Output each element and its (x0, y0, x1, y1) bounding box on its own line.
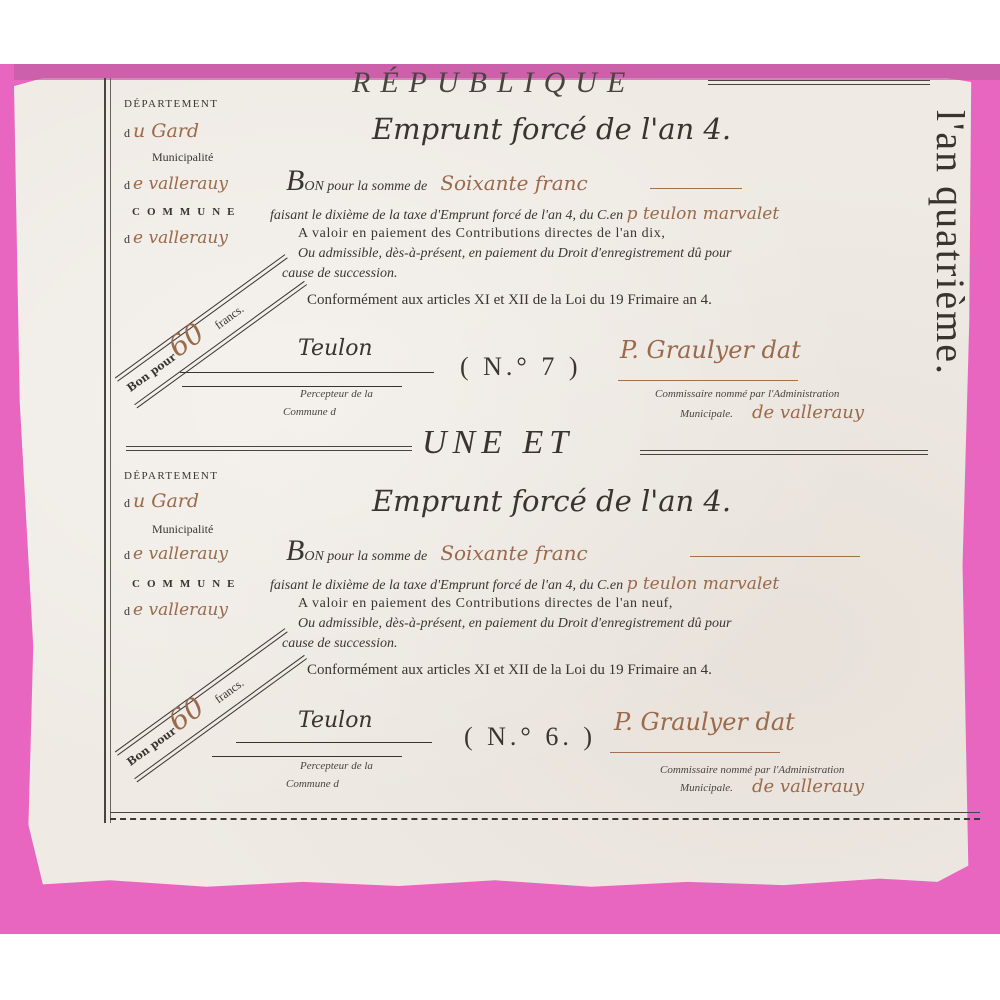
amount-underline (650, 188, 742, 189)
frame-border-bottom (110, 812, 980, 813)
commune-prefix: d (124, 232, 130, 246)
line-2: A valoir en paiement des Contributions d… (298, 596, 673, 612)
amount-written: Soixante franc (440, 541, 587, 565)
municipalite-value: e vallerauy (133, 174, 228, 194)
collector-signature: Teulon (298, 336, 373, 361)
commune-prefix: d (124, 604, 130, 618)
header-rule (708, 80, 930, 85)
municipalite-prefix: d (124, 548, 130, 562)
departement-label: DÉPARTEMENT (124, 470, 218, 482)
commissioner-place: de vallerauy (752, 402, 864, 423)
line-2: A valoir en paiement des Contributions d… (298, 226, 665, 242)
coupon-title: Emprunt forcé de l'an 4. (372, 484, 731, 518)
coupon-title: Emprunt forcé de l'an 4. (372, 112, 731, 146)
coupon-number: ( N.° 6. ) (464, 722, 596, 752)
separator-title: UNE ET (422, 424, 574, 462)
municipalite-prefix: d (124, 178, 130, 192)
collector-caption-2: Commune d (283, 406, 336, 418)
header-republique: RÉPUBLIQUE (352, 66, 635, 100)
bon-initial: B (286, 164, 304, 197)
departement-value: u Gard (133, 120, 199, 142)
collector-signature: Teulon (298, 708, 373, 733)
frame-border-left (104, 78, 111, 823)
bon-text: ON pour la somme de (304, 549, 427, 564)
commissioner-flourish (610, 752, 780, 753)
collector-signature-line (180, 372, 434, 373)
collector-signature-line (236, 742, 432, 743)
collector-caption-2: Commune d (286, 778, 339, 790)
bon-initial: B (286, 534, 304, 567)
citizen-name: p teulon marvalet (627, 204, 780, 224)
commune-value: e vallerauy (133, 228, 228, 248)
municipalite-value: e vallerauy (133, 544, 228, 564)
line-5: Conformément aux articles XI et XII de l… (307, 662, 712, 679)
amount-underline (690, 556, 860, 557)
municipalite-label: Municipalité (152, 522, 213, 537)
separator-rule-right (640, 450, 928, 455)
coupon-number: ( N.° 7 ) (460, 352, 582, 382)
commissioner-signature: P. Graulyer dat (620, 336, 801, 364)
stub-edge-text: l'an quatrième. (940, 110, 980, 750)
departement-prefix: d (124, 496, 130, 510)
commissioner-caption-2: Municipale. (680, 408, 733, 420)
line-3: Ou admissible, dès-à-présent, en paiemen… (298, 616, 731, 632)
commissioner-place: de vallerauy (752, 776, 864, 797)
commissioner-caption-1: Commissaire nommé par l'Administration (660, 764, 844, 776)
bon-text: ON pour la somme de (304, 179, 427, 194)
line-1: faisant le dixième de la taxe d'Emprunt … (270, 578, 623, 593)
commune-label: COMMUNE (132, 206, 242, 218)
separator-rule-left (126, 446, 412, 451)
collector-caption-1: Percepteur de la (300, 760, 373, 772)
commissioner-flourish (618, 380, 798, 381)
collector-signature-line-2 (182, 386, 402, 387)
departement-value: u Gard (133, 490, 199, 512)
stub-text: l'an quatrième. (927, 110, 974, 376)
commune-value: e vallerauy (133, 600, 228, 620)
collector-signature-line-2 (212, 756, 402, 757)
commune-label: COMMUNE (132, 578, 242, 590)
municipalite-label: Municipalité (152, 150, 213, 165)
commissioner-caption-1: Commissaire nommé par l'Administration (655, 388, 839, 400)
commissioner-signature: P. Graulyer dat (614, 708, 795, 736)
departement-prefix: d (124, 126, 130, 140)
perforation-line (110, 818, 980, 823)
amount-written: Soixante franc (440, 171, 587, 195)
citizen-name: p teulon marvalet (627, 574, 780, 594)
line-1: faisant le dixième de la taxe d'Emprunt … (270, 208, 623, 223)
collector-caption-1: Percepteur de la (300, 388, 373, 400)
line-5: Conformément aux articles XI et XII de l… (307, 292, 712, 309)
departement-label: DÉPARTEMENT (124, 98, 218, 110)
line-3: Ou admissible, dès-à-présent, en paiemen… (298, 246, 731, 262)
commissioner-caption-2: Municipale. (680, 782, 733, 794)
